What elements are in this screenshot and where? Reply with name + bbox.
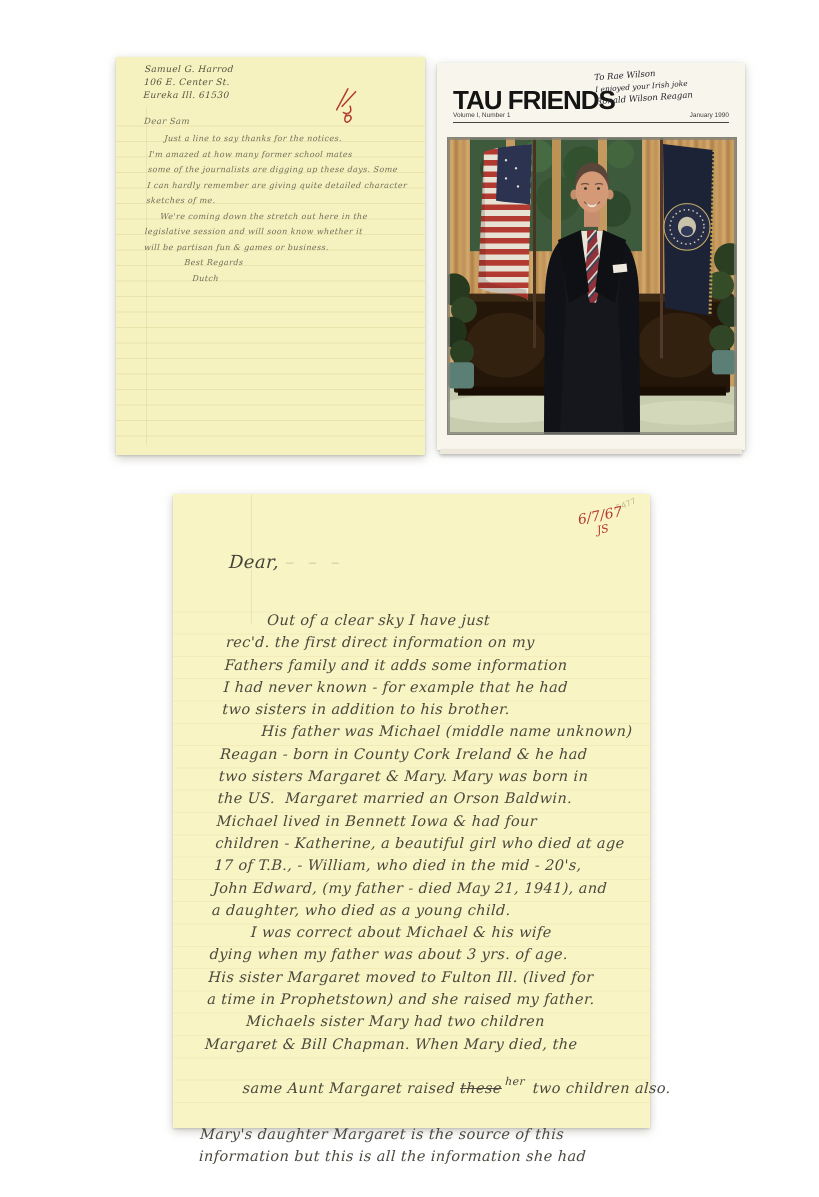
letter-line: the US. Margaret married an Orson Baldwi…	[217, 788, 650, 810]
tau-friends-magazine-cover: TAU FRIENDS Volume I, Number 1 January 1…	[437, 63, 745, 450]
letter-line: 17 of T.B., - William, who died in the m…	[214, 855, 647, 877]
magazine-date: January 1990	[690, 112, 729, 119]
letter-paragraphs-b: Mary's daughter Margaret is the source o…	[198, 1124, 632, 1169]
letter-line: I can hardly remember are giving quite d…	[147, 178, 418, 194]
line-text: same Aunt Margaret raised	[242, 1081, 460, 1097]
letter-line: sketches of me.	[146, 193, 417, 209]
letter-line: I had never known - for example that he …	[223, 677, 656, 699]
letter-line: Just a line to say thanks for the notice…	[149, 131, 420, 147]
letter-line: Mary's daughter Margaret is the source o…	[200, 1124, 633, 1146]
letter-line: Michael lived in Bennett Iowa & had four	[216, 811, 649, 833]
letter-line: I'm amazed at how many former school mat…	[148, 147, 419, 163]
letter-line: His father was Michael (middle name unkn…	[221, 721, 654, 743]
inserted-word: her	[505, 1075, 525, 1088]
reagan-letter-to-harrod: Samuel G. Harrod106 E. Center St.Eureka …	[116, 57, 425, 455]
pocket-square	[613, 264, 628, 274]
letter-line: dying when my father was about 3 yrs. of…	[209, 944, 642, 966]
reagan-inscription: To Rae WilsonI enjoyed your Irish jokeRo…	[594, 62, 746, 108]
red-ink-notation	[330, 83, 366, 130]
letter-line: information but this is all the informat…	[198, 1146, 631, 1168]
letter-line: Dutch	[142, 271, 413, 287]
letter1-salutation: Dear Sam	[144, 117, 190, 127]
line-text: two children also.	[527, 1081, 671, 1097]
letter-line: two sisters Margaret & Mary. Mary was bo…	[218, 766, 651, 788]
address-line: Samuel G. Harrod	[144, 64, 234, 77]
letter2-salutation: Dear, – – –	[228, 552, 344, 573]
letter2-body: Out of a clear sky I have justrec'd. the…	[198, 610, 659, 1168]
letter-line: John Edward, (my father - died May 21, 1…	[212, 878, 645, 900]
letter-line: Out of a clear sky I have just	[226, 610, 659, 632]
erased-text: – – –	[285, 552, 345, 573]
letter-line: Reagan - born in County Cork Ireland & h…	[219, 744, 652, 766]
letter-line: We're coming down the stretch out here i…	[145, 209, 416, 225]
letter-line: will be partisan fun & games or business…	[144, 240, 415, 256]
letter-line: Margaret & Bill Chapman. When Mary died,…	[204, 1034, 637, 1056]
letter-line: rec'd. the first direct information on m…	[225, 632, 658, 654]
letter-line: some of the journalists are digging up t…	[148, 162, 419, 178]
letter-line: Fathers family and it adds some informat…	[224, 655, 657, 677]
salutation-text: Dear,	[228, 552, 279, 573]
sender-address: Samuel G. Harrod106 E. Center St.Eureka …	[143, 64, 234, 103]
letter-paragraphs-a: Out of a clear sky I have justrec'd. the…	[204, 610, 659, 1056]
oval-office-photo	[447, 137, 737, 435]
address-line: 106 E. Center St.	[144, 77, 234, 90]
letter-line: I was correct about Michael & his wife	[210, 922, 643, 944]
letter-line: Michaels sister Mary had two children	[205, 1011, 638, 1033]
masthead-rule	[453, 122, 729, 123]
magazine-masthead-meta: Volume I, Number 1 January 1990	[453, 112, 729, 119]
magazine-volume: Volume I, Number 1	[453, 112, 510, 119]
scanned-documents-page: Samuel G. Harrod106 E. Center St.Eureka …	[0, 0, 819, 1197]
letter1-body: Just a line to say thanks for the notice…	[142, 131, 420, 286]
red-date-annotation: 6/7/67 JS	[577, 506, 626, 540]
letter-line: children - Katherine, a beautiful girl w…	[215, 833, 648, 855]
letter-line: Best Regards	[143, 255, 414, 271]
letter-line: a time in Prophetstown) and she raised m…	[207, 989, 640, 1011]
letter-line: legislative session and will soon know w…	[144, 224, 415, 240]
reagan-genealogy-letter: 5477 6/7/67 JS Dear, – – – Out of a clea…	[173, 494, 650, 1128]
letter-line: His sister Margaret moved to Fulton Ill.…	[208, 967, 641, 989]
letter-line: two sisters in addition to his brother.	[222, 699, 655, 721]
address-line: Eureka Ill. 61530	[143, 90, 233, 103]
letter-line: a daughter, who died as a young child.	[211, 900, 644, 922]
letter-line-with-correction: same Aunt Margaret raised theseher two c…	[201, 1056, 637, 1124]
strike-word: these	[460, 1081, 503, 1097]
